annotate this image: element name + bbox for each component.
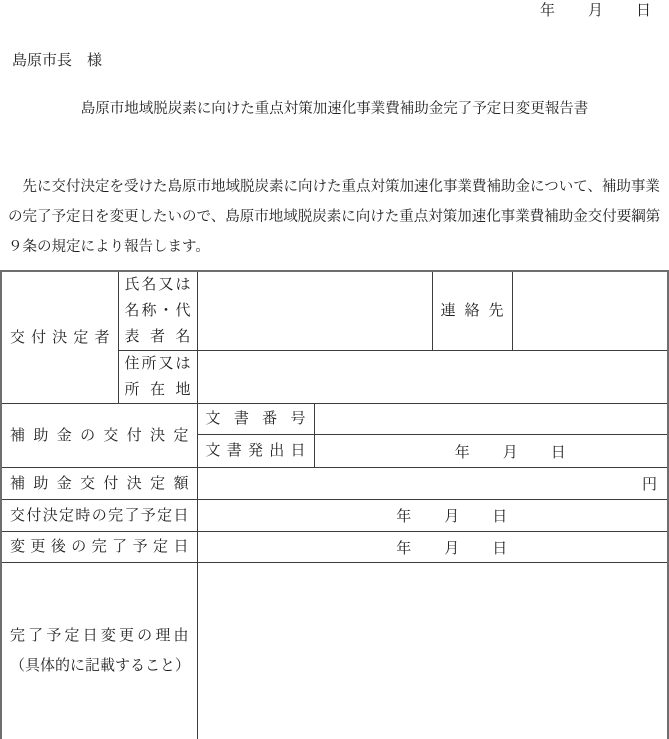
grant-decision-label-cell: 補助金の交付決定 [1, 404, 197, 468]
document-title: 島原市地域脱炭素に向けた重点対策加速化事業費補助金完了予定日変更報告書 [0, 99, 669, 120]
contact-input-cell[interactable] [512, 271, 668, 351]
document-page: 年 月 日 島原市長 様 島原市地域脱炭素に向けた重点対策加速化事業費補助金完了… [0, 0, 669, 739]
new-completion-value-cell[interactable]: 年 月 日 [197, 532, 668, 563]
grantee-name-row: 交付決定者 氏名又は 名称・代 表者名 連絡先 [1, 271, 668, 351]
address-input-cell[interactable] [197, 351, 668, 404]
reason-label-cell: 完了予定日変更の理由 （具体的に記載すること） [1, 563, 197, 739]
doc-number-label-cell: 文書番号 [197, 404, 314, 435]
grant-amount-input-cell[interactable]: 円 [197, 468, 668, 500]
name-input-cell[interactable] [197, 271, 432, 351]
grantee-label-cell: 交付決定者 [1, 271, 118, 404]
grant-change-form-table: 交付決定者 氏名又は 名称・代 表者名 連絡先 住所又は 所在地 補助金の交付決… [0, 270, 669, 739]
doc-number-row: 補助金の交付決定 文書番号 [1, 404, 668, 435]
doc-number-input-cell[interactable] [314, 404, 668, 435]
original-completion-value-cell[interactable]: 年 月 日 [197, 500, 668, 532]
body-paragraph: 先に交付決定を受けた島原市地域脱炭素に向けた重点対策加速化事業費補助金について、… [8, 172, 665, 262]
new-completion-label-cell: 変更後の完了予定日 [1, 532, 197, 563]
grant-amount-label-cell: 補助金交付決定額 [1, 468, 197, 500]
reason-input-cell[interactable] [197, 563, 668, 739]
original-completion-label-cell: 交付決定時の完了予定日 [1, 500, 197, 532]
address-label-cell: 住所又は 所在地 [118, 351, 197, 404]
reason-row: 完了予定日変更の理由 （具体的に記載すること） [1, 563, 668, 739]
contact-label-cell: 連絡先 [432, 271, 512, 351]
name-label-cell: 氏名又は 名称・代 表者名 [118, 271, 197, 351]
original-completion-row: 交付決定時の完了予定日 年 月 日 [1, 500, 668, 532]
grant-amount-row: 補助金交付決定額 円 [1, 468, 668, 500]
doc-issue-date-value-cell[interactable]: 年 月 日 [314, 435, 668, 468]
doc-issue-date-label-cell: 文書発出日 [197, 435, 314, 468]
issue-date-line: 年 月 日 [0, 0, 669, 21]
new-completion-row: 変更後の完了予定日 年 月 日 [1, 532, 668, 563]
addressee: 島原市長 様 [12, 51, 669, 71]
